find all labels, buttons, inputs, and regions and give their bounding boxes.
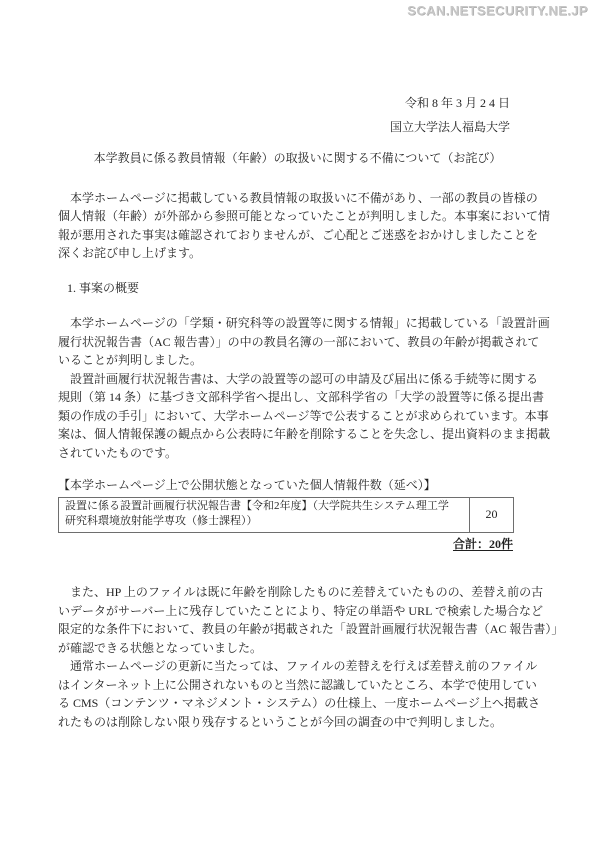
document-content: 令和 8 年 3 月 2 4 日 国立大学法人福島大学 本学教員に係る教員情報（… — [58, 0, 590, 731]
disclosure-count-table: 設置に係る設置計画履行状況報告書【令和2年度】（大学院共生システム理工学 研究科… — [58, 497, 514, 533]
table-row: 設置に係る設置計画履行状況報告書【令和2年度】（大学院共生システム理工学 研究科… — [59, 497, 514, 532]
section-1-heading: 1. 事案の概要 — [58, 279, 590, 298]
document-title: 本学教員に係る教員情報（年齢）の取扱いに関する不備について（お詫び） — [58, 149, 537, 168]
document-page: SCAN.NETSECURITY.NE.JP 令和 8 年 3 月 2 4 日 … — [0, 0, 595, 841]
document-date: 令和 8 年 3 月 2 4 日 — [58, 94, 537, 113]
table-cell-count: 20 — [470, 497, 514, 532]
total-count-value: 合計：20件 — [453, 537, 513, 551]
section-1-paragraph-2: また、HP 上のファイルは既に年齢を削除したものに差替えていたものの、差替え前の… — [58, 583, 590, 731]
table-cell-report-name: 設置に係る設置計画履行状況報告書【令和2年度】（大学院共生システム理工学 研究科… — [59, 497, 470, 532]
organization-name: 国立大学法人福島大学 — [58, 118, 537, 137]
section-1-paragraph: 本学ホームページの「学類・研究科等の設置等に関する情報」に掲載している「設置計画… — [58, 314, 590, 462]
intro-paragraph: 本学ホームページに掲載している教員情報の取扱いに不備があり、一部の教員の皆様の … — [58, 189, 590, 263]
disclosure-table-label: 【本学ホームページ上で公開状態となっていた個人情報件数（延べ）】 — [58, 476, 590, 495]
total-count-line: 合計：20件 — [58, 535, 513, 554]
